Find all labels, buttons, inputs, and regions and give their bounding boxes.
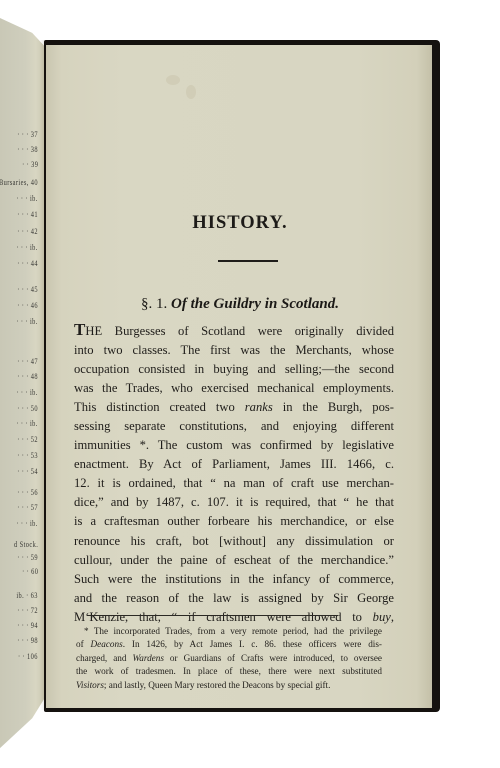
section-heading: §. 1. Of the Guildry in Scotland. — [86, 296, 394, 313]
toc-entry: · · · 94 — [17, 621, 38, 630]
toc-entry: · · · ib. — [17, 243, 38, 252]
toc-entry: · · · 38 — [17, 145, 38, 154]
paper-stain — [186, 85, 196, 99]
paper-stain — [166, 75, 180, 85]
text-line: cullour, under the paine of escheat of t… — [74, 551, 394, 570]
toc-entry: ib. · 63 — [16, 591, 38, 600]
text-line: Visitors; and lastly, Queen Mary restore… — [76, 679, 382, 692]
text-line: and the reason of the law is assigned by… — [74, 589, 394, 608]
text-line: sessing separate constitutions, and enjo… — [74, 417, 394, 436]
text-line: charged, and Wardens or Guardians of Cra… — [76, 652, 382, 665]
toc-entry: d Stock. — [14, 540, 38, 549]
text-line: immunities *. The custom was confirmed b… — [74, 436, 394, 455]
toc-entry: l Bursaries, 40 — [0, 178, 38, 187]
right-page: HISTORY. §. 1. Of the Guildry in Scotlan… — [46, 45, 432, 708]
toc-entry: · · · ib. — [17, 519, 38, 528]
footnote-rule — [88, 615, 338, 616]
footnote: * The incorporated Trades, from a very r… — [76, 625, 382, 692]
text-line: into two classes. The first was the Merc… — [74, 341, 394, 360]
toc-entry: · · · 45 — [17, 285, 38, 294]
toc-entry: · · · ib. — [17, 388, 38, 397]
text-line: This distinction created two ranks in th… — [74, 398, 394, 417]
toc-entry: · · · 57 — [17, 503, 38, 512]
toc-entry: · · 39 — [22, 160, 38, 169]
toc-entry: · · · 54 — [17, 467, 38, 476]
toc-entry: · · · 37 — [17, 130, 38, 139]
toc-entry: · · · 52 — [17, 435, 38, 444]
text-line: * The incorporated Trades, from a very r… — [76, 625, 382, 638]
text-line: 12. it is ordained, that “ na man of cra… — [74, 474, 394, 493]
text-line: was the Trades, who exercised mechanical… — [74, 379, 394, 398]
text-line: is a craftesman outher forbeare his merc… — [74, 512, 394, 531]
text-line: occupation consisted in buying and selli… — [74, 360, 394, 379]
section-title: Of the Guildry in Scotland. — [171, 296, 339, 312]
toc-entry: · · · ib. — [17, 194, 38, 203]
toc-entry: · · · 98 — [17, 636, 38, 645]
toc-entry: · · 106 — [18, 652, 38, 661]
toc-entry: · · · 56 — [17, 488, 38, 497]
toc-entry: · · · 50 — [17, 404, 38, 413]
toc-entry: · · · 44 — [17, 259, 38, 268]
text-line: Such were the institutions in the infanc… — [74, 570, 394, 589]
title-rule — [218, 260, 278, 262]
text-line: dice,” and by 1487, c. 107. it is requir… — [74, 493, 394, 512]
toc-entry: · · 60 — [22, 567, 38, 576]
text-line: the work of tradesmen. In place of these… — [76, 665, 382, 678]
toc-entry: · · · 47 — [17, 357, 38, 366]
toc-entry: · · · 41 — [17, 210, 38, 219]
text-line: THE Burgesses of Scotland were originall… — [74, 320, 394, 341]
toc-entry: · · · 46 — [17, 301, 38, 310]
toc-entry: · · · 72 — [17, 606, 38, 615]
toc-entry: · · · ib. — [17, 317, 38, 326]
body-text: THE Burgesses of Scotland were originall… — [74, 320, 394, 627]
toc-entry: · · · ib. — [17, 419, 38, 428]
text-line: renounce his craft, bot [without] any di… — [74, 532, 394, 551]
toc-entry: · · · 42 — [17, 227, 38, 236]
text-line: of Deacons. In 1426, by Act James I. c. … — [76, 638, 382, 651]
toc-entry: · · · 59 — [17, 553, 38, 562]
page-title: HISTORY. — [86, 213, 394, 234]
text-line: M‘Kenzie, that, “ if craftsmen were allo… — [74, 608, 394, 627]
text-line: enactment. By Act of Parliament, James I… — [74, 455, 394, 474]
toc-entry: · · · 53 — [17, 451, 38, 460]
section-number: §. 1. — [141, 296, 167, 312]
toc-entry: · · · 48 — [17, 372, 38, 381]
